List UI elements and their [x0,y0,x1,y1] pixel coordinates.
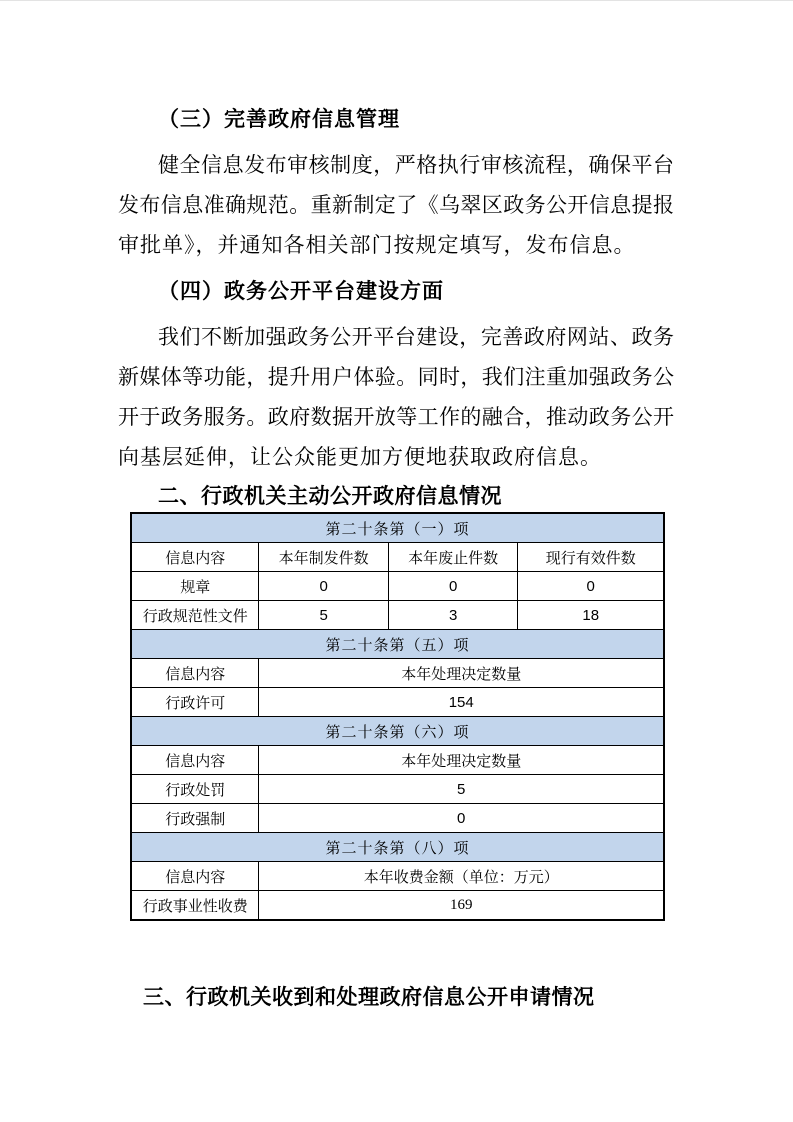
column-header: 信息内容 [131,543,259,572]
paragraph-line: 发布信息准确规范。重新制定了《乌翠区政务公开信息提报 [118,185,674,225]
cell-value: 5 [259,775,664,804]
row-label: 行政规范性文件 [131,601,259,630]
cell-value: 0 [259,804,664,833]
table-row: 行政处罚 5 [131,775,664,804]
table-section-title: 第二十条第（一）项 [131,513,664,543]
cell-value: 5 [259,601,389,630]
document-page: （三）完善政府信息管理 健全信息发布审核制度，严格执行审核流程，确保平台 发布信… [0,0,793,1122]
table-row: 第二十条第（五）项 [131,630,664,659]
row-label: 行政许可 [131,688,259,717]
paragraph-line: 审批单》，并通知各相关部门按规定填写，发布信息。 [118,225,674,265]
table-row: 第二十条第（六）项 [131,717,664,746]
column-header: 本年处理决定数量 [259,659,664,688]
cell-value: 154 [259,688,664,717]
table-row: 行政规范性文件 5 3 18 [131,601,664,630]
table-row: 行政许可 154 [131,688,664,717]
table-section-title: 第二十条第（八）项 [131,833,664,862]
row-label: 行政强制 [131,804,259,833]
page-content: （三）完善政府信息管理 健全信息发布审核制度，严格执行审核流程，确保平台 发布信… [118,1,674,1013]
column-header: 信息内容 [131,659,259,688]
section-heading-three: 三、行政机关收到和处理政府信息公开申请情况 [118,983,674,1013]
column-header: 本年制发件数 [259,543,389,572]
table-row: 第二十条第（八）项 [131,833,664,862]
cell-value: 169 [259,891,664,921]
paragraph-line: 健全信息发布审核制度，严格执行审核流程，确保平台 [118,145,674,185]
column-header: 本年收费金额（单位：万元） [259,862,664,891]
cell-value: 0 [518,572,664,601]
section-heading-two: 二、行政机关主动公开政府信息情况 [118,482,674,512]
subsection-heading-4: （四）政务公开平台建设方面 [118,271,674,311]
row-label: 规章 [131,572,259,601]
paragraph-3: 健全信息发布审核制度，严格执行审核流程，确保平台 发布信息准确规范。重新制定了《… [118,145,674,265]
paragraph-line: 新媒体等功能，提升用户体验。同时，我们注重加强政务公 [118,357,674,397]
column-header: 现行有效件数 [518,543,664,572]
row-label: 行政处罚 [131,775,259,804]
table-row: 信息内容 本年处理决定数量 [131,659,664,688]
table-row: 行政强制 0 [131,804,664,833]
paragraph-line: 开于政务服务。政府数据开放等工作的融合，推动政务公开 [118,397,674,437]
cell-value: 0 [388,572,518,601]
column-header: 本年废止件数 [388,543,518,572]
table-section-title: 第二十条第（六）项 [131,717,664,746]
subsection-heading-3: （三）完善政府信息管理 [118,99,674,139]
table-row: 信息内容 本年制发件数 本年废止件数 现行有效件数 [131,543,664,572]
table-row: 信息内容 本年处理决定数量 [131,746,664,775]
paragraph-line: 向基层延伸，让公众能更加方便地获取政府信息。 [118,437,674,477]
table-row: 信息内容 本年收费金额（单位：万元） [131,862,664,891]
table-row: 第二十条第（一）项 [131,513,664,543]
table-row: 规章 0 0 0 [131,572,664,601]
table-section-title: 第二十条第（五）项 [131,630,664,659]
column-header: 信息内容 [131,746,259,775]
cell-value: 18 [518,601,664,630]
disclosure-table: 第二十条第（一）项 信息内容 本年制发件数 本年废止件数 现行有效件数 规章 0… [130,512,665,921]
cell-value: 0 [259,572,389,601]
row-label: 行政事业性收费 [131,891,259,921]
cell-value: 3 [388,601,518,630]
paragraph-4: 我们不断加强政务公开平台建设，完善政府网站、政务 新媒体等功能，提升用户体验。同… [118,317,674,477]
paragraph-line: 我们不断加强政务公开平台建设，完善政府网站、政务 [118,317,674,357]
column-header: 信息内容 [131,862,259,891]
table-row: 行政事业性收费 169 [131,891,664,921]
column-header: 本年处理决定数量 [259,746,664,775]
